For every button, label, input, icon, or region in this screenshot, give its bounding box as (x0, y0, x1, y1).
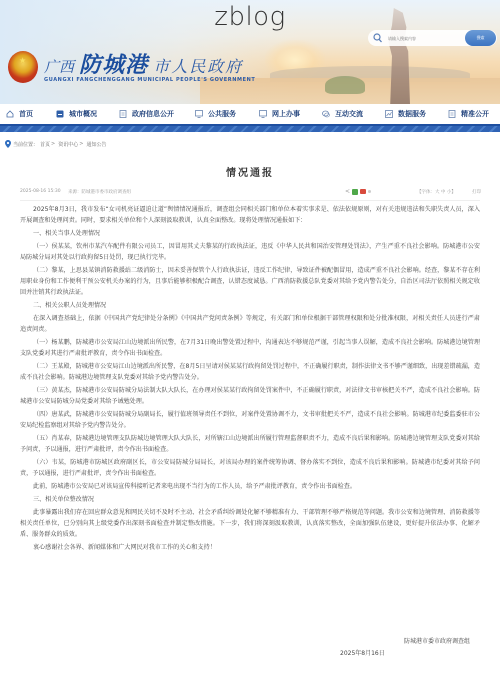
document-icon (448, 110, 456, 118)
monitor-icon (195, 110, 203, 118)
nav-label: 城市概况 (69, 109, 97, 119)
home-icon (6, 110, 14, 118)
article-meta: 2025-08-16 15:30 来源：防城港市委市政府调查组 < 【字体：大 … (20, 188, 490, 198)
breadcrumb-separator: > (79, 141, 83, 147)
breadcrumb-news-center[interactable]: 资讯中心 (58, 141, 78, 148)
print-button[interactable]: 打印 (472, 189, 481, 195)
nav-label: 首页 (19, 109, 33, 119)
paragraph: （一）侯某某，钦州市某汽车配件有限公司员工，因冒用其丈夫黎某的行政执法证，违反《… (20, 241, 480, 263)
location-pin-icon (5, 140, 11, 148)
main-nav: 首页 城市概况 政府信息公开 公共服务 网上办事 互动交流 数据服务 精准公开 (0, 104, 500, 124)
document-icon (119, 110, 127, 118)
logo-suffix: 市人民政府 (153, 57, 243, 76)
paragraph: （五）肖某春，防城港边境管理支队防城边境管理大队大队长，对所辖江山边境派出所履行… (20, 433, 480, 455)
more-share-icon[interactable] (368, 190, 371, 193)
nav-label: 精准公开 (461, 109, 489, 119)
breadcrumb-notices[interactable]: 通知公告 (86, 141, 106, 148)
nav-item-city-overview[interactable]: 城市概况 (56, 104, 97, 124)
paragraph: （六）韦某，防城港市防城区政府副区长，市公安局防城分局局长，对该局办理的案件统筹… (20, 457, 480, 479)
paragraph: 衷心感谢社会各界、新闻媒体和广大网民对我市工作的关心和支持！ (20, 542, 480, 553)
article-body: 2025年8月3日，我市发布“女司机亮证逼迫让道”舆情情况通报后，调查组会同相关… (20, 204, 480, 555)
section-heading: 二、相关公职人员处理情况 (20, 300, 480, 311)
logo-prefix: 广西 (44, 58, 74, 76)
nav-item-interaction[interactable]: 互动交流 (322, 104, 363, 124)
nav-decorative-stripe (0, 124, 500, 132)
signature-date: 2025年8月16日 (340, 648, 385, 657)
nav-item-public-service[interactable]: 公共服务 (195, 104, 236, 124)
nav-label: 数据服务 (398, 109, 426, 119)
nav-item-data-service[interactable]: 数据服务 (385, 104, 426, 124)
weibo-share-icon[interactable] (360, 189, 366, 194)
star-icon: ★ (19, 57, 26, 65)
meta-divider (20, 200, 480, 201)
paragraph: 在深入调查基础上，依据《中国共产党纪律处分条例》《中国共产党问责条例》等规定，有… (20, 313, 480, 335)
breadcrumb-home[interactable]: 首页 (40, 141, 50, 148)
city-icon (56, 110, 64, 118)
paragraph: 2025年8月3日，我市发布“女司机亮证逼迫让道”舆情情况通报后，调查组会同相关… (20, 204, 480, 226)
article-source: 来源：防城港市委市政府调查组 (68, 189, 131, 195)
nav-label: 互动交流 (335, 109, 363, 119)
monitor-icon (259, 110, 267, 118)
nav-item-home[interactable]: 首页 (6, 104, 33, 124)
section-heading: 三、相关单位整改情况 (20, 494, 480, 505)
paragraph: （一）杨某鹏，防城港市公安局江山边境派出所民警，在7月31日晚出警处置过程中，沟… (20, 337, 480, 359)
chat-icon (322, 110, 330, 118)
article-title: 情况通报 (0, 164, 500, 179)
wechat-share-icon[interactable] (352, 189, 358, 195)
chart-icon (385, 110, 393, 118)
paragraph: （四）唐某武，防城港市公安局防城分局副局长，履行值班领导责任不到位，对案件处置协… (20, 409, 480, 431)
nav-label: 政府信息公开 (132, 109, 174, 119)
nav-label: 网上办事 (272, 109, 300, 119)
breadcrumb-separator: > (51, 141, 55, 147)
logo-subtitle: GUANGXI FANGCHENGGANG MUNICIPAL PEOPLE'S… (44, 77, 255, 83)
paragraph: 此前，防城港市公安局已对该局宣传科接听记者来电出现不当行为的工作人员，给予严肃批… (20, 481, 480, 492)
paragraph: （二）王某殿，防城港市公安局江山边境派出所民警，在8月5日呈请对侯某某行政拘留处… (20, 361, 480, 383)
paragraph: （三）黄某杰，防城港市公安局防城分局法制大队大队长，在办理对侯某某行政拘留处罚案… (20, 385, 480, 407)
signature-organization: 防城港市委市政府调查组 (404, 636, 470, 645)
nav-item-gov-info[interactable]: 政府信息公开 (119, 104, 174, 124)
nav-item-precise-disclosure[interactable]: 精准公开 (448, 104, 489, 124)
nav-item-online-services[interactable]: 网上办事 (259, 104, 300, 124)
publish-date: 2025-08-16 15:30 (20, 189, 61, 194)
national-emblem-icon: ★ (8, 51, 38, 83)
logo-city: 防城港 (79, 52, 148, 78)
font-size-selector[interactable]: 【字体：大 中 小】 (417, 189, 456, 195)
watermark-text: zblog (0, 0, 500, 36)
nav-label: 公共服务 (208, 109, 236, 119)
paragraph: 此事暴露出我们存在回应群众意见和网民关切不及时不主动、社会矛盾纠纷调处化解不够精… (20, 507, 480, 540)
section-heading: 一、相关当事人处理情况 (20, 228, 480, 239)
share-icon[interactable]: < (345, 188, 350, 195)
site-logo[interactable]: 广西 防城港 市人民政府 (44, 48, 243, 74)
paragraph: （二）黎某，上思县某镇消防救援站二级消防士，因未妥善保管个人行政执法证，违反工作… (20, 265, 480, 298)
share-bar: < (345, 188, 371, 195)
breadcrumb-prefix: 当前位置： (13, 141, 38, 148)
banner-island (325, 76, 365, 94)
breadcrumb: 当前位置： 首页 > 资讯中心 > 通知公告 (5, 139, 106, 149)
